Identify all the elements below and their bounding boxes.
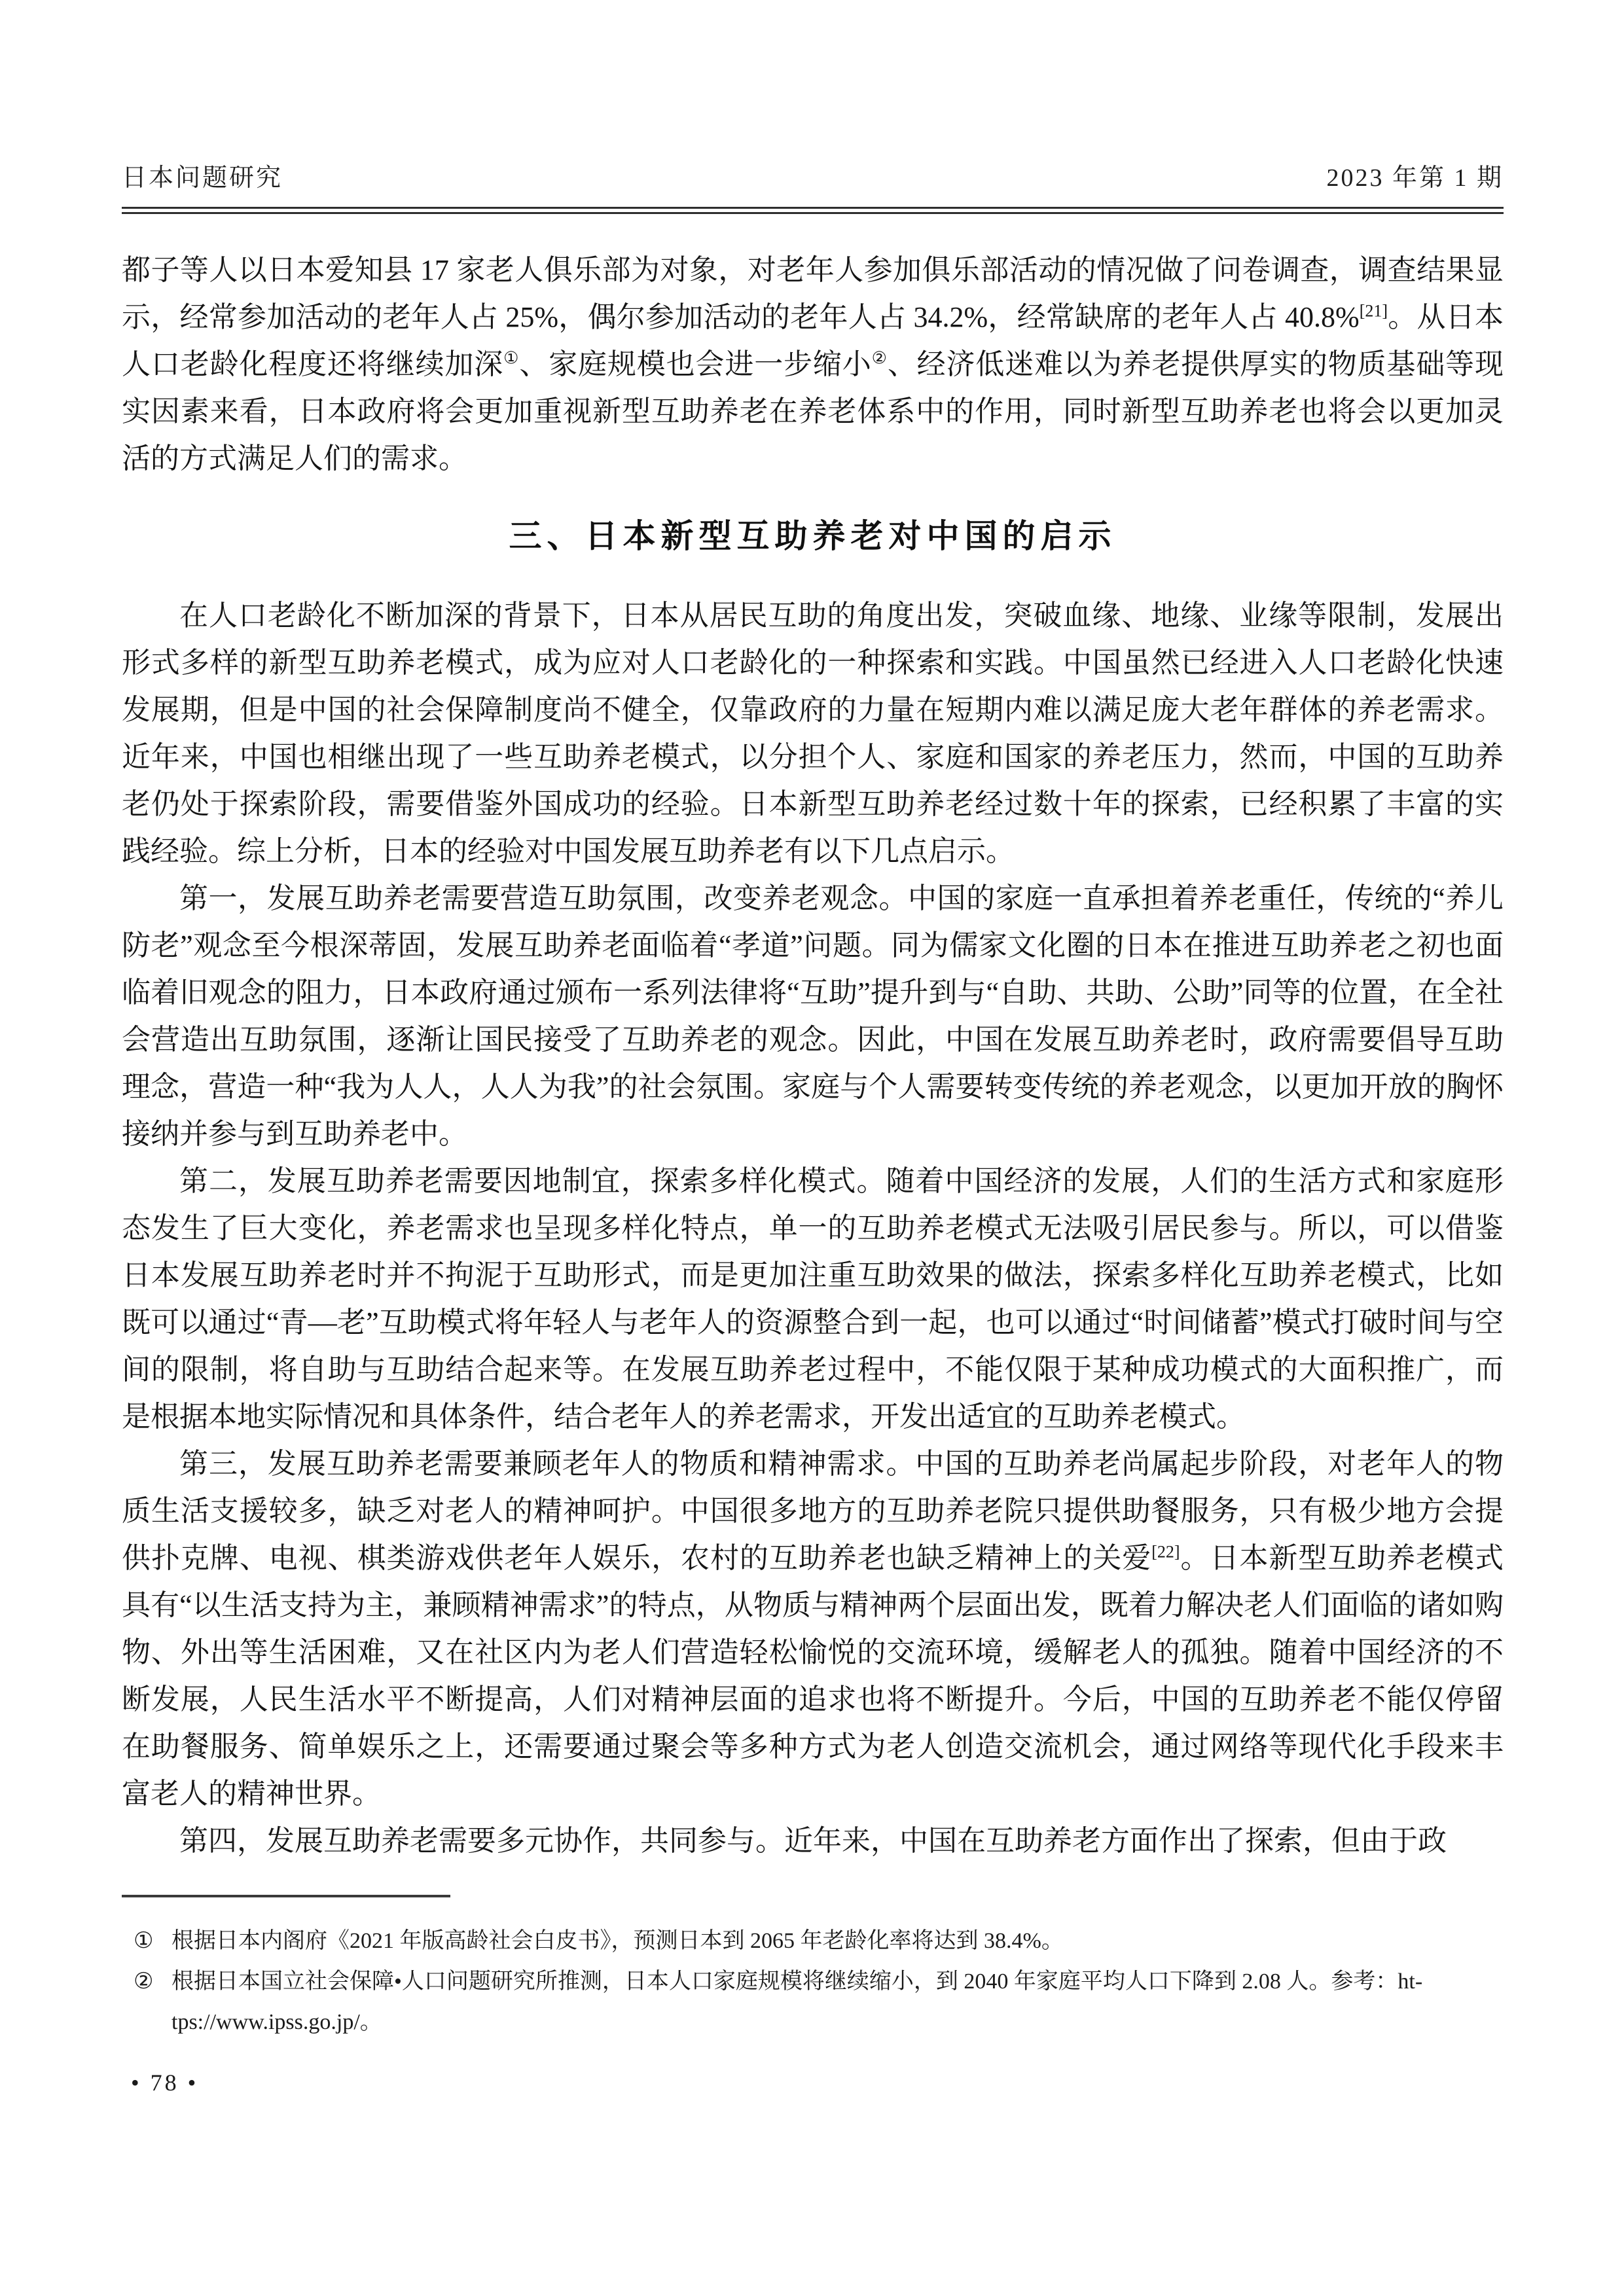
- journal-page: 日本问题研究 2023 年第 1 期 都子等人以日本爱知县 17 家老人俱乐部为…: [0, 0, 1624, 2296]
- reference-21-superscript: [21]: [1360, 301, 1388, 320]
- footnote-1-text: 根据日本内阁府《2021 年版高龄社会白皮书》，预测日本到 2065 年老龄化率…: [171, 1921, 1504, 1962]
- reference-22-superscript: [22]: [1151, 1542, 1180, 1561]
- footnote-2-line1: 根据日本国立社会保障•人口问题研究所推测，日本人口家庭规模将继续缩小，到 204…: [171, 1969, 1422, 1994]
- footnote-2-text: 根据日本国立社会保障•人口问题研究所推测，日本人口家庭规模将继续缩小，到 204…: [171, 1962, 1504, 2043]
- page-number: • 78 •: [122, 2069, 1504, 2096]
- header-double-rule: [122, 207, 1504, 214]
- footnote-2-superscript: ②: [872, 348, 888, 367]
- footnote-2: ② 根据日本国立社会保障•人口问题研究所推测，日本人口家庭规模将继续缩小，到 2…: [122, 1962, 1504, 2043]
- footnote-1-superscript: ①: [503, 348, 519, 367]
- paragraph-2: 在人口老龄化不断加深的背景下，日本从居民互助的角度出发，突破血缘、地缘、业缘等限…: [122, 592, 1504, 875]
- journal-title: 日本问题研究: [122, 164, 283, 192]
- running-head: 日本问题研究 2023 年第 1 期: [122, 164, 1504, 192]
- footnote-area: ① 根据日本内阁府《2021 年版高龄社会白皮书》，预测日本到 2065 年老龄…: [122, 1895, 1504, 2043]
- footnote-1: ① 根据日本内阁府《2021 年版高龄社会白皮书》，预测日本到 2065 年老龄…: [122, 1921, 1504, 1962]
- footnote-2-marker: ②: [122, 1962, 171, 2043]
- footnote-2-line2: tps://www.ipss.go.jp/。: [171, 2010, 382, 2034]
- paragraph-5-text-b: 。日本新型互助养老模式具有“以生活支持为主，兼顾精神需求”的特点，从物质与精神两…: [122, 1542, 1504, 1810]
- paragraph-1-text-c: 、家庭规模也会进一步缩小: [519, 348, 871, 380]
- footnote-1-marker: ①: [122, 1921, 171, 1962]
- paragraph-1-text-a: 都子等人以日本爱知县 17 家老人俱乐部为对象，对老年人参加俱乐部活动的情况做了…: [122, 254, 1504, 333]
- article-body: 都子等人以日本爱知县 17 家老人俱乐部为对象，对老年人参加俱乐部活动的情况做了…: [122, 247, 1504, 1865]
- paragraph-1: 都子等人以日本爱知县 17 家老人俱乐部为对象，对老年人参加俱乐部活动的情况做了…: [122, 247, 1504, 482]
- paragraph-3: 第一，发展互助养老需要营造互助氛围，改变养老观念。中国的家庭一直承担着养老重任，…: [122, 875, 1504, 1158]
- paragraph-5: 第三，发展互助养老需要兼顾老年人的物质和精神需求。中国的互助养老尚属起步阶段，对…: [122, 1441, 1504, 1818]
- paragraph-6: 第四，发展互助养老需要多元协作，共同参与。近年来，中国在互助养老方面作出了探索，…: [122, 1818, 1504, 1865]
- paragraph-4: 第二，发展互助养老需要因地制宜，探索多样化模式。随着中国经济的发展，人们的生活方…: [122, 1158, 1504, 1441]
- issue-label: 2023 年第 1 期: [1326, 164, 1504, 192]
- footnote-separator-rule: [122, 1895, 450, 1897]
- section-heading: 三、日本新型互助养老对中国的启示: [122, 512, 1504, 560]
